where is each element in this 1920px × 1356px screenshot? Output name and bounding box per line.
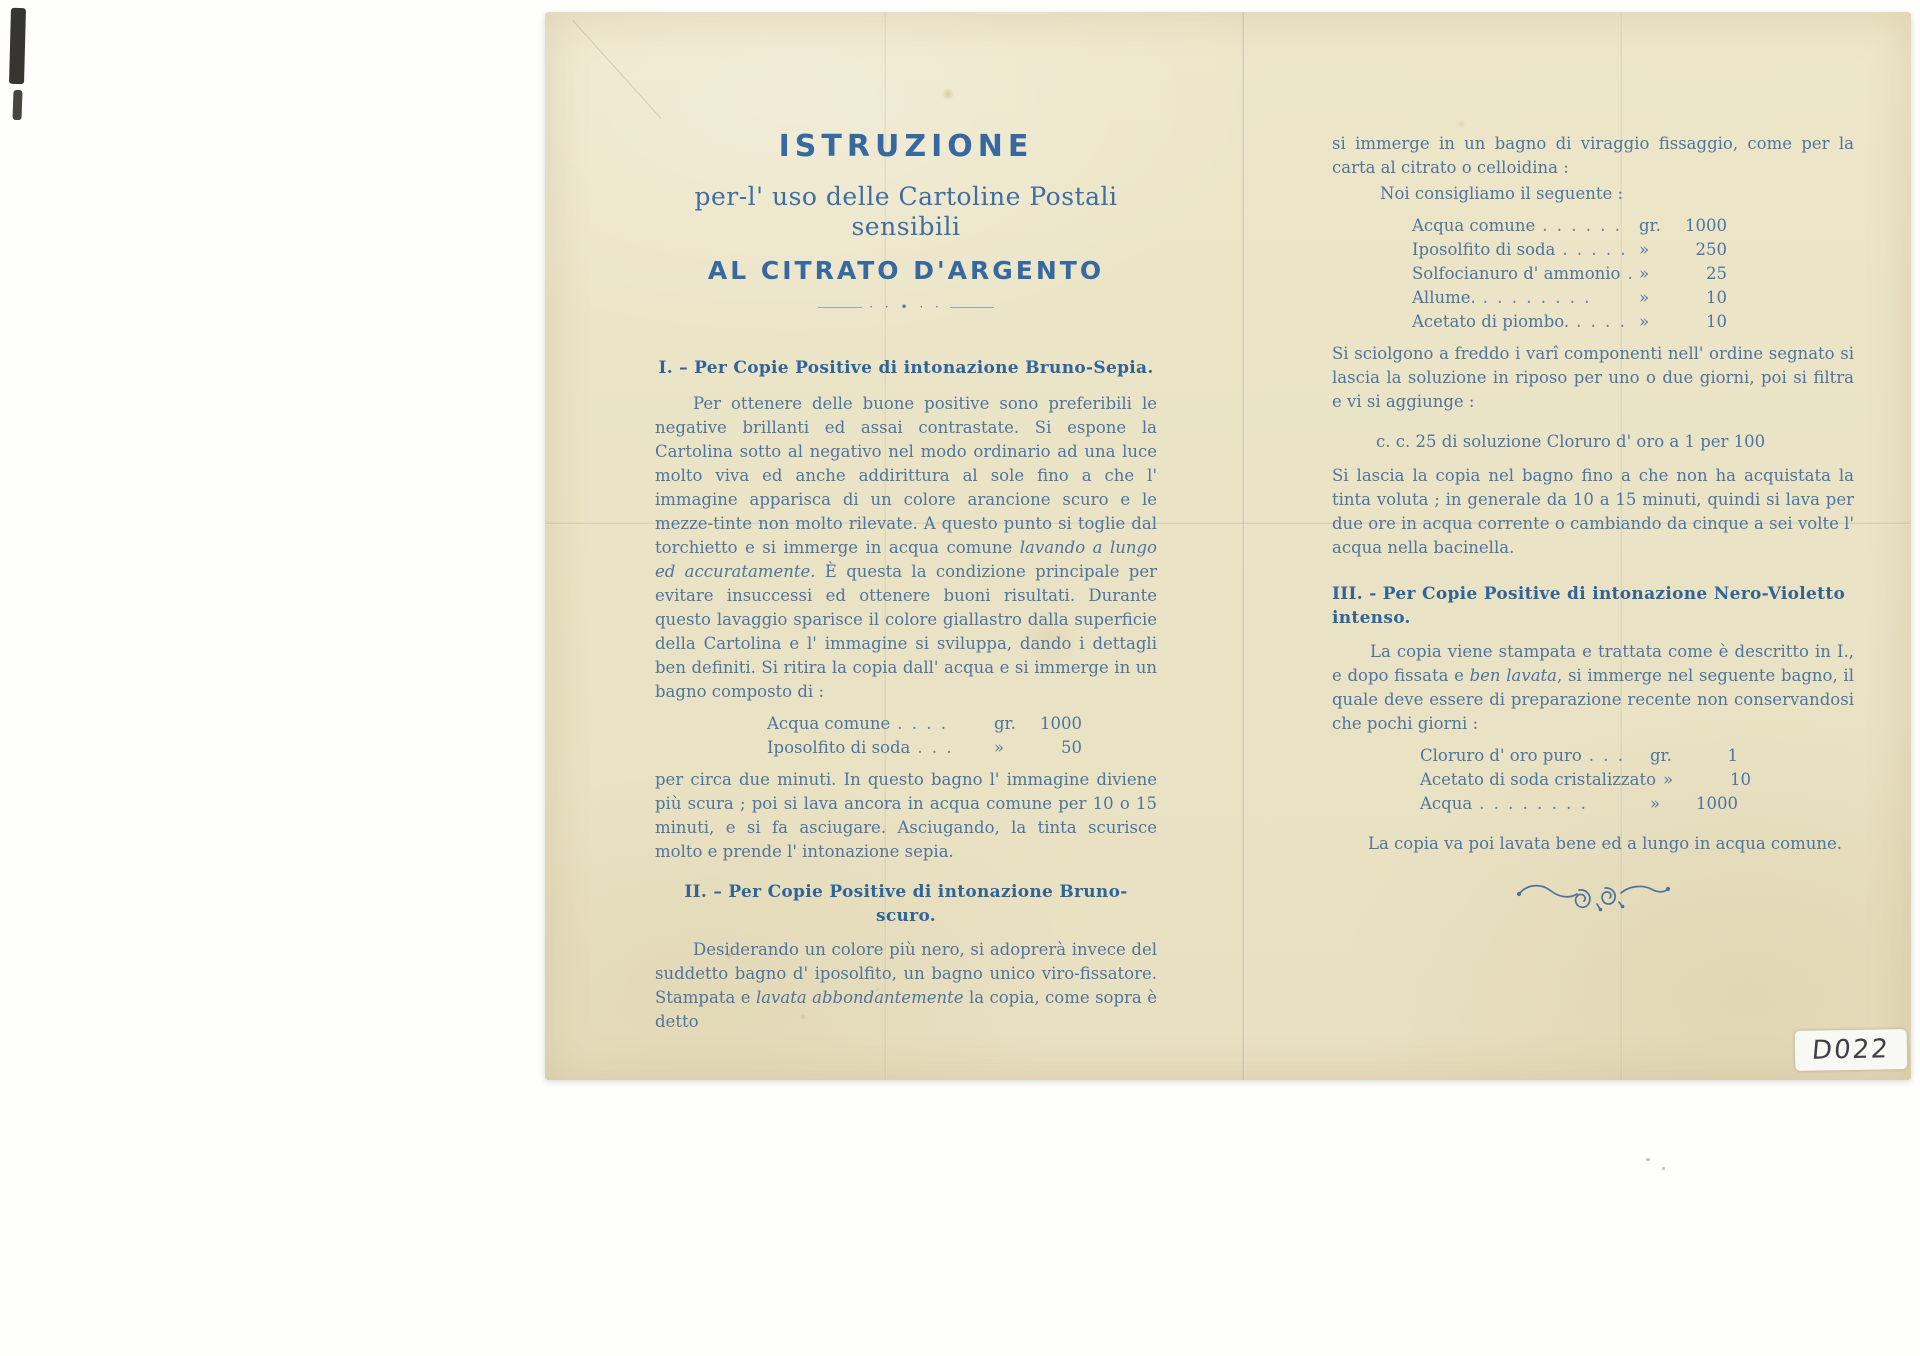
section1-paragraph2: per circa due minuti. In questo bagno l'…	[655, 768, 1157, 864]
dissolve-paragraph: Si sciolgono a freddo i varî componenti …	[1332, 342, 1854, 414]
recipe-row: Solfocianuro d' ammonio . . » 25	[1412, 262, 1727, 286]
toning-paragraph: Si lascia la copia nel bagno fino a che …	[1332, 464, 1854, 560]
left-column: ISTRUZIONE per-l' uso delle Cartoline Po…	[655, 130, 1157, 1034]
recipe-row: Cloruro d' oro puro . . . gr. 1	[1420, 744, 1738, 768]
paper-stain	[941, 88, 955, 100]
section3-heading: III. - Per Copie Positive di intonazione…	[1332, 582, 1854, 630]
recipe-table-violet-bath: Cloruro d' oro puro . . . gr. 1 Acetato …	[1420, 744, 1738, 816]
section2-heading: II. – Per Copie Positive di intonazione …	[655, 880, 1157, 928]
doc-title-line3: AL CITRATO D'ARGENTO	[655, 256, 1157, 286]
para-text-italic: lavata abbondantemente	[756, 988, 964, 1007]
recipe-table-fixing-bath: Acqua comune . . . . . . gr. 1000 Iposol…	[1412, 214, 1727, 334]
catalog-sticker: D022	[1795, 1029, 1908, 1071]
section2-paragraph: Desiderando un colore più nero, si adopr…	[655, 938, 1157, 1034]
recipe-row: Acetato di piombo. . . . . » 10	[1412, 310, 1727, 334]
scanner-edge-mark	[9, 8, 26, 84]
para-text-italic: ben lavata	[1470, 666, 1557, 685]
final-wash-line: La copia va poi lavata bene ed a lungo i…	[1332, 832, 1854, 856]
flourish-ornament	[1332, 878, 1854, 918]
lead-in-line: Noi consigliamo il seguente :	[1332, 182, 1854, 206]
corner-crease	[572, 20, 662, 119]
recipe-row: Acetato di soda cristalizzato » 10	[1420, 768, 1738, 792]
divider-dots: · · • · ·	[869, 302, 943, 312]
recipe-row: Acqua comune . . . . . . gr. 1000	[1412, 214, 1727, 238]
continuation-paragraph: si immerge in un bagno di viraggio fissa…	[1332, 132, 1854, 180]
recipe-table-sepia: Acqua comune . . . . gr. 1000 Iposolfito…	[767, 712, 1082, 760]
title-divider: · · • · ·	[655, 302, 1157, 312]
doc-title-line1: ISTRUZIONE	[655, 130, 1157, 164]
center-fold-line	[1242, 12, 1245, 1080]
gold-solution-line: c. c. 25 di soluzione Cloruro d' oro a 1…	[1332, 430, 1854, 454]
paper-stain	[1457, 120, 1466, 128]
catalog-number: D022	[1811, 1034, 1891, 1065]
flourish-icon	[1513, 878, 1673, 918]
recipe-row: Acqua . . . . . . . . » 1000	[1420, 792, 1738, 816]
section3-paragraph: La copia viene stampata e trattata come …	[1332, 640, 1854, 736]
recipe-row: Iposolfito di soda . . . . . » 250	[1412, 238, 1727, 262]
doc-title-line2: per-l' uso delle Cartoline Postali sensi…	[655, 182, 1157, 242]
para-text: È questa la condizione principale per ev…	[655, 562, 1157, 701]
scan-background: ISTRUZIONE per-l' uso delle Cartoline Po…	[0, 0, 1920, 1356]
dust-speck	[1646, 1158, 1650, 1161]
document-paper: ISTRUZIONE per-l' uso delle Cartoline Po…	[545, 12, 1911, 1080]
scanner-edge-mark	[12, 90, 22, 120]
recipe-row: Iposolfito di soda . . . » 50	[767, 736, 1082, 760]
recipe-row: Acqua comune . . . . gr. 1000	[767, 712, 1082, 736]
section1-heading: I. – Per Copie Positive di intonazione B…	[655, 356, 1157, 380]
divider-rule	[950, 307, 994, 308]
para-text: Per ottenere delle buone positive sono p…	[655, 394, 1157, 557]
dust-speck	[1662, 1167, 1665, 1170]
recipe-row: Allume. . . . . . . . . » 10	[1412, 286, 1727, 310]
divider-rule	[818, 307, 862, 308]
right-column: si immerge in un bagno di viraggio fissa…	[1332, 132, 1854, 918]
section1-paragraph1: Per ottenere delle buone positive sono p…	[655, 392, 1157, 704]
